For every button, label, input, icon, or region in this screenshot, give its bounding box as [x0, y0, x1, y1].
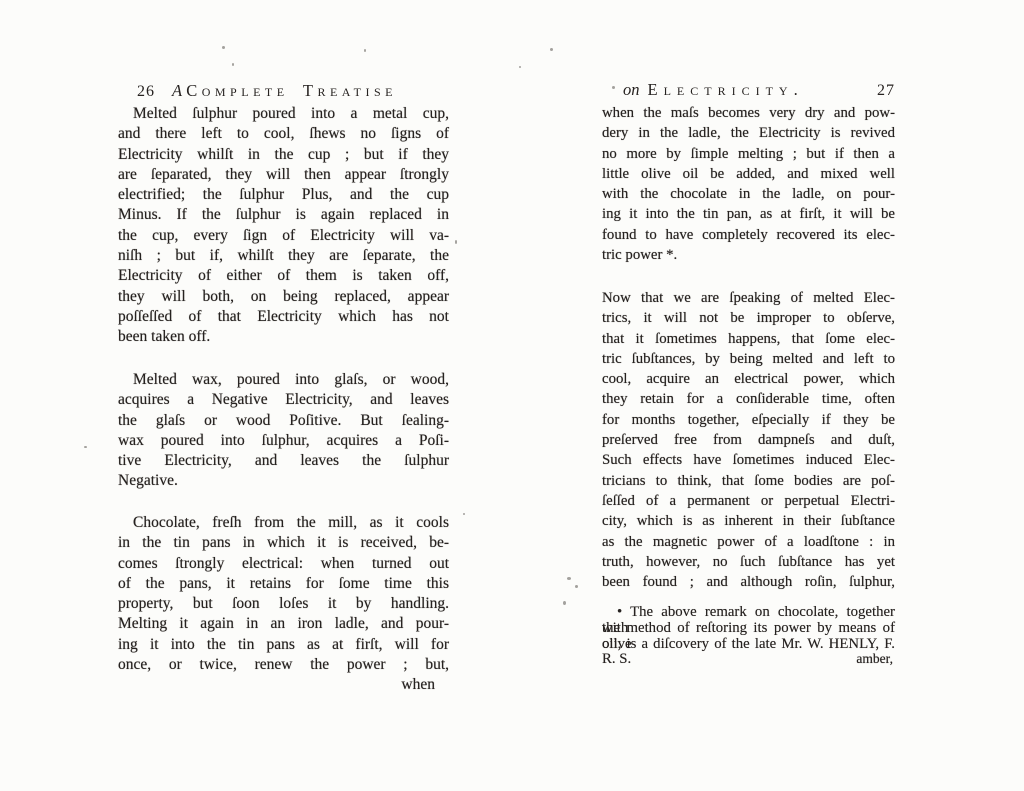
text-line: city, which is as inherent in their ſubſ… — [602, 511, 895, 531]
text-line: acquires a Negative Electricity, and lea… — [118, 390, 449, 410]
paragraph: Now that we are ſpeaking of melted Elec-… — [602, 288, 895, 592]
text-line: no more by ſimple melting ; but if then … — [602, 144, 895, 164]
text-line: Melted wax, poured into glaſs, or wood, — [118, 370, 449, 390]
text-line: in the tin pans in which it is received,… — [118, 533, 449, 553]
ink-speck — [463, 513, 465, 515]
text-line: when the maſs becomes very dry and pow- — [602, 103, 895, 123]
text-line: they will both, on being replaced, appea… — [118, 287, 449, 307]
ink-speck — [232, 63, 234, 66]
running-head-prefix: on — [623, 80, 640, 100]
text-line: • The above remark on chocolate, togethe… — [602, 605, 895, 621]
footnote: • The above remark on chocolate, togethe… — [602, 605, 895, 652]
ink-speck — [519, 66, 521, 68]
text-line: Chocolate, freſh from the mill, as it co… — [118, 513, 449, 533]
text-line: ſeſſed of a permanent or perpetual Elect… — [602, 491, 895, 511]
text-line: comes ſtrongly electrical: when turned o… — [118, 554, 449, 574]
paragraph: Melted ſulphur poured into a metal cup,a… — [118, 104, 449, 348]
text-line: little olive oil be added, and mixed wel… — [602, 164, 895, 184]
ink-speck — [222, 46, 225, 49]
ink-speck — [575, 585, 578, 588]
ink-speck — [563, 601, 566, 605]
text-line: tive Electricity, and leaves the ſulphur — [118, 451, 449, 471]
text-line: Electricity of either of them is taken o… — [118, 266, 449, 286]
text-line: Minus. If the ſulphur is again replaced … — [118, 205, 449, 225]
text-line: property, but ſoon loſes it by handling. — [118, 594, 449, 614]
page-number-right: 27 — [877, 82, 895, 100]
text-line: of the pans, it retains for ſome time th… — [118, 574, 449, 594]
catchword-right: amber, — [602, 651, 895, 667]
text-line: for months together, eſpecially if they … — [602, 410, 895, 430]
text-line: tricians to think, that ſome bodies are … — [602, 471, 895, 491]
running-head-left: 26 A Complete Treatise — [118, 81, 449, 101]
text-line: Melting it again in an iron ladle, and p… — [118, 614, 449, 634]
running-head-words: Complete Treatise — [186, 81, 397, 100]
text-line: are ſeparated, they will then appear ſtr… — [118, 165, 449, 185]
catchword-left: when — [118, 676, 449, 694]
text-line: truth, however, no ſuch ſubſtance has ye… — [602, 552, 895, 572]
text-line: ing it into the tin pan, as at firſt, it… — [602, 204, 895, 224]
text-line: Negative. — [118, 471, 449, 491]
running-head-title: A Complete Treatise — [172, 81, 449, 101]
book-scan: 26 A Complete Treatise Melted ſulphur po… — [0, 0, 1024, 791]
text-line: they retain for a conſiderable time, oft… — [602, 389, 895, 409]
ink-speck — [455, 240, 457, 244]
text-line: niſh ; but if, whilſt they are ſeparate,… — [118, 246, 449, 266]
text-line: Now that we are ſpeaking of melted Elec- — [602, 288, 895, 308]
text-line: Electricity whilſt in the cup ; but if t… — [118, 145, 449, 165]
text-line: found to have completely recovered its e… — [602, 225, 895, 245]
running-head-words: Electricity. — [648, 80, 804, 100]
text-line: once, or twice, renew the power ; but, — [118, 655, 449, 675]
paragraph: Melted wax, poured into glaſs, or wood,a… — [118, 370, 449, 492]
text-line: poſſeſſed of that Electricity which has … — [118, 307, 449, 327]
text-line: preſerved free from dampneſs and duſt, — [602, 430, 895, 450]
running-head-right: on Electricity. 27 — [602, 80, 895, 100]
text-line: ing it into the tin pans as at firſt, wi… — [118, 635, 449, 655]
ink-speck — [550, 48, 553, 51]
text-line: dery in the ladle, the Electricity is re… — [602, 123, 895, 143]
text-line: as the magnetic power of a loadſtone : i… — [602, 532, 895, 552]
text-line: been taken off. — [118, 327, 449, 347]
text-line: Melted ſulphur poured into a metal cup, — [118, 104, 449, 124]
text-line: and there left to cool, ſhews no ſigns o… — [118, 124, 449, 144]
text-line: the cup, every ſign of Electricity will … — [118, 226, 449, 246]
text-line: the method of reſtoring its power by mea… — [602, 621, 895, 637]
text-line: the glaſs or wood Poſitive. But ſealing- — [118, 411, 449, 431]
ink-speck — [612, 86, 615, 89]
text-line: cool, acquire an electrical power, which — [602, 369, 895, 389]
running-head-article: A — [172, 81, 182, 100]
text-line: wax poured into ſulphur, acquires a Poſi… — [118, 431, 449, 451]
page-number-left: 26 — [137, 83, 155, 101]
text-line: been found ; and although roſin, ſulphur… — [602, 572, 895, 592]
ink-speck — [84, 446, 87, 448]
ink-speck — [364, 49, 366, 52]
text-line: that it ſometimes happens, that ſome ele… — [602, 329, 895, 349]
paragraph: Chocolate, freſh from the mill, as it co… — [118, 513, 449, 675]
text-line: trics, it will not be improper to obſerv… — [602, 308, 895, 328]
text-line: tric power *. — [602, 245, 895, 265]
text-line: Such effects have ſometimes induced Elec… — [602, 450, 895, 470]
paragraph: when the maſs becomes very dry and pow-d… — [602, 103, 895, 265]
text-line: with the chocolate in the ladle, on pour… — [602, 184, 895, 204]
ink-speck — [567, 577, 571, 580]
text-line: tric ſubſtances, by being melted and lef… — [602, 349, 895, 369]
text-line: electrified; the ſulphur Plus, and the c… — [118, 185, 449, 205]
